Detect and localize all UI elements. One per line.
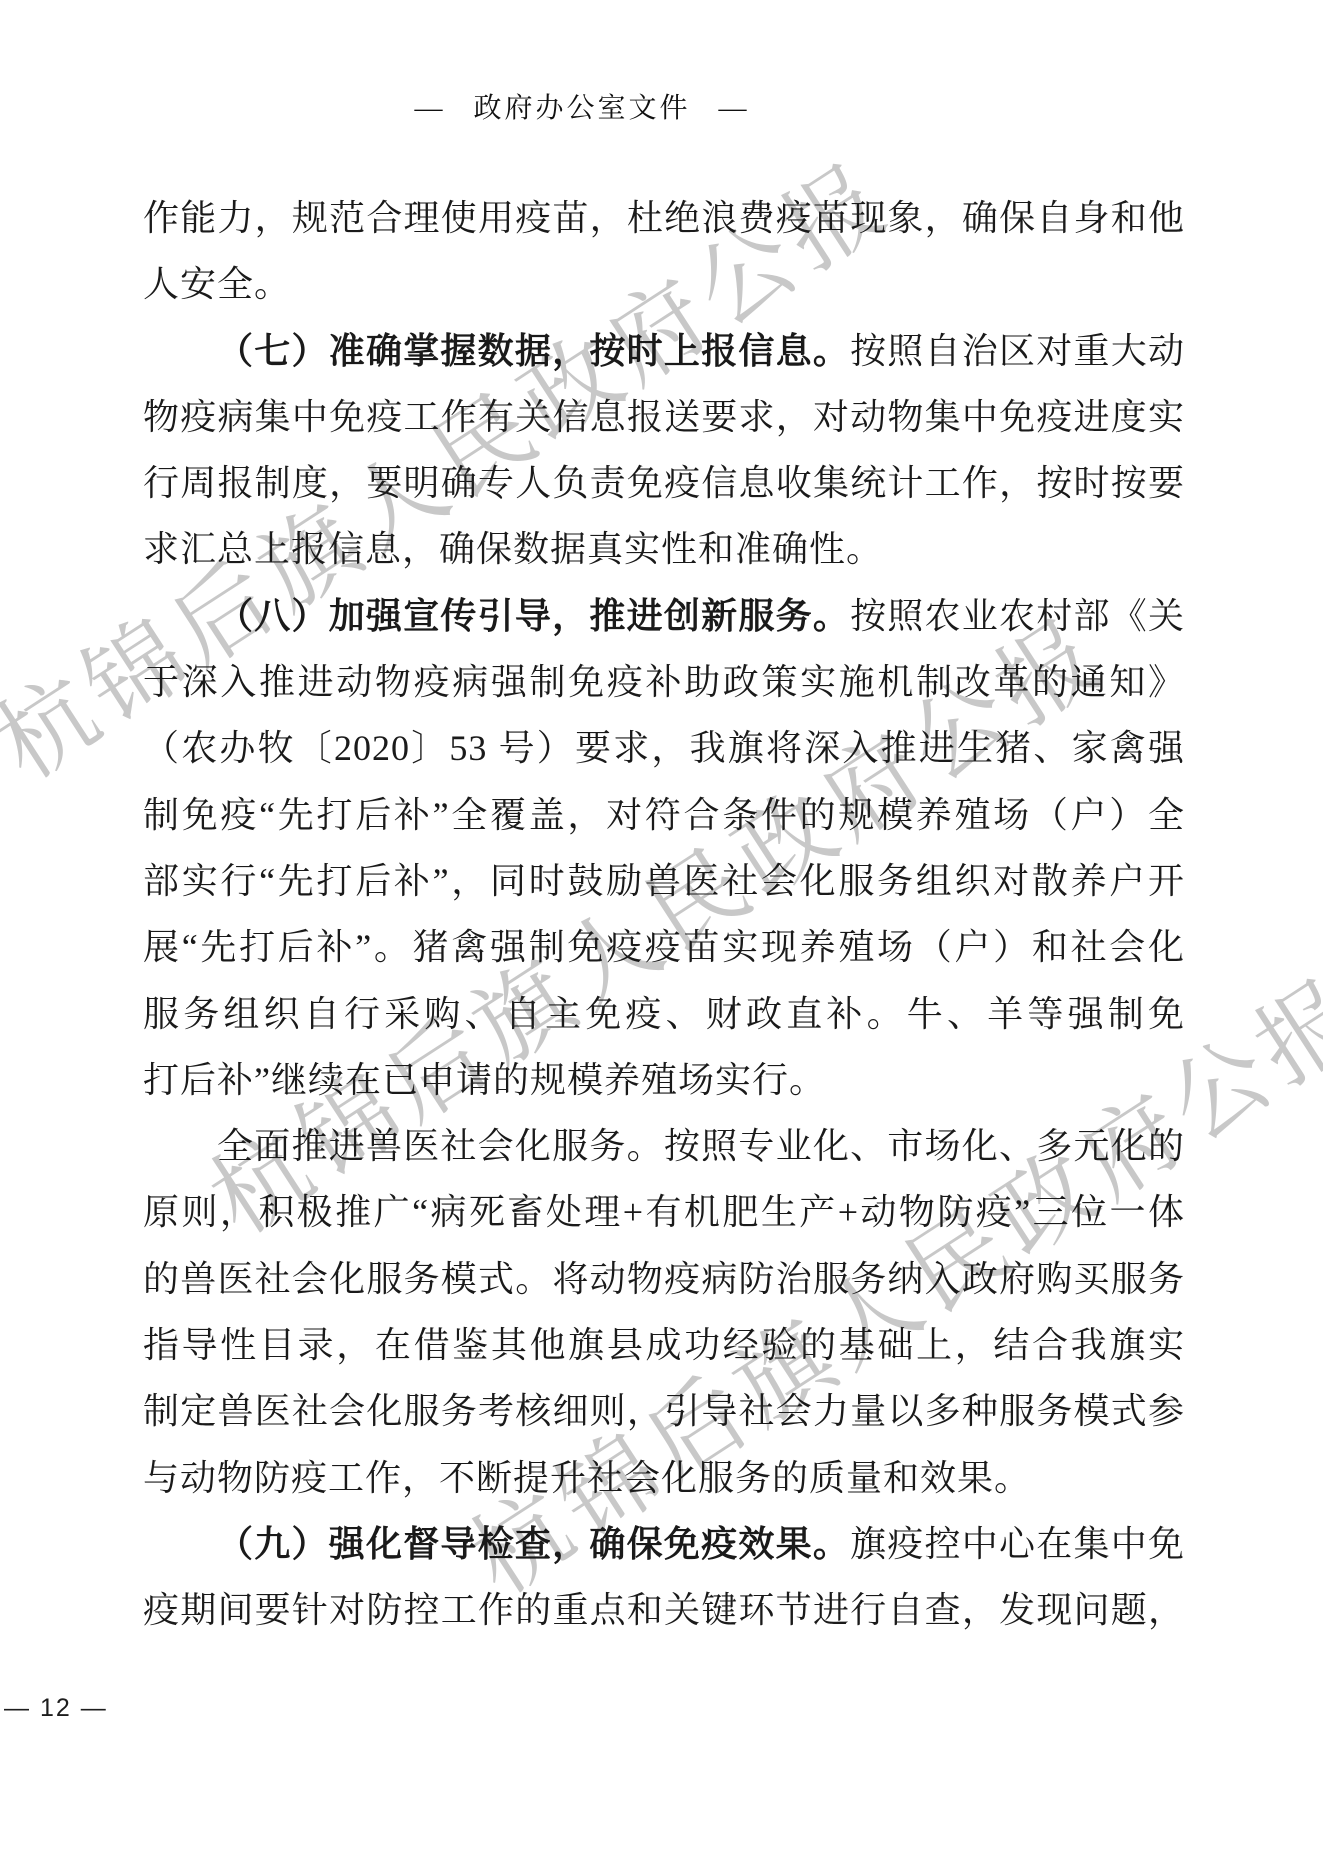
text-line: 指导性目录，在借鉴其他旗县成功经验的基础上，结合我旗实际，: [143, 1312, 1185, 1378]
text-line: 展“先打后补”。猪禽强制免疫疫苗实现养殖场（户）和社会化: [143, 914, 1185, 980]
text-line: 于深入推进动物疫病强制免疫补助政策实施机制改革的通知》: [143, 649, 1185, 715]
body-text: 作能力，规范合理使用疫苗，杜绝浪费疫苗现象，确保自身和他 人安全。 （七）准确掌…: [143, 185, 1185, 1644]
text-line: 作能力，规范合理使用疫苗，杜绝浪费疫苗现象，确保自身和他: [143, 185, 1185, 251]
text-line: （八）加强宣传引导，推进创新服务。按照农业农村部《关: [143, 583, 1185, 649]
text-line: 部实行“先打后补”，同时鼓励兽医社会化服务组织对散养户开: [143, 848, 1185, 914]
text-line: 服务组织自行采购、自主免疫、财政直补。牛、羊等强制免疫“先: [143, 981, 1185, 1047]
text-line: 疫期间要针对防控工作的重点和关键环节进行自查，发现问题，: [143, 1577, 1185, 1643]
text-line: 制定兽医社会化服务考核细则，引导社会力量以多种服务模式参: [143, 1378, 1185, 1444]
text-line: （七）准确掌握数据，按时上报信息。按照自治区对重大动: [143, 318, 1185, 384]
document-page: 杭锦后旗人民政府公报 杭锦后旗人民政府公报 杭锦后旗人民政府公报 — 政府办公室…: [0, 0, 1323, 1871]
text-line: 打后补”继续在已申请的规模养殖场实行。: [143, 1047, 1185, 1113]
text-line: 物疫病集中免疫工作有关信息报送要求，对动物集中免疫进度实: [143, 384, 1185, 450]
text-line: 制免疫“先打后补”全覆盖，对符合条件的规模养殖场（户）全: [143, 782, 1185, 848]
text-line: 全面推进兽医社会化服务。按照专业化、市场化、多元化的: [143, 1113, 1185, 1179]
text-line: （农办牧〔2020〕53 号）要求，我旗将深入推进生猪、家禽强: [143, 715, 1185, 781]
text-line: 人安全。: [143, 251, 1185, 317]
text-line: 求汇总上报信息，确保数据真实性和准确性。: [143, 516, 1185, 582]
text-line: 原则，积极推广“病死畜处理+有机肥生产+动物防疫”三位一体: [143, 1179, 1185, 1245]
text-line: 行周报制度，要明确专人负责免疫信息收集统计工作，按时按要: [143, 450, 1185, 516]
text-line: 与动物防疫工作，不断提升社会化服务的质量和效果。: [143, 1445, 1185, 1511]
text-line: 的兽医社会化服务模式。将动物疫病防治服务纳入政府购买服务: [143, 1246, 1185, 1312]
text-line: （九）强化督导检查，确保免疫效果。旗疫控中心在集中免: [143, 1511, 1185, 1577]
page-header-title: — 政府办公室文件 —: [0, 86, 1164, 126]
page-number: — 12 —: [4, 1694, 108, 1723]
